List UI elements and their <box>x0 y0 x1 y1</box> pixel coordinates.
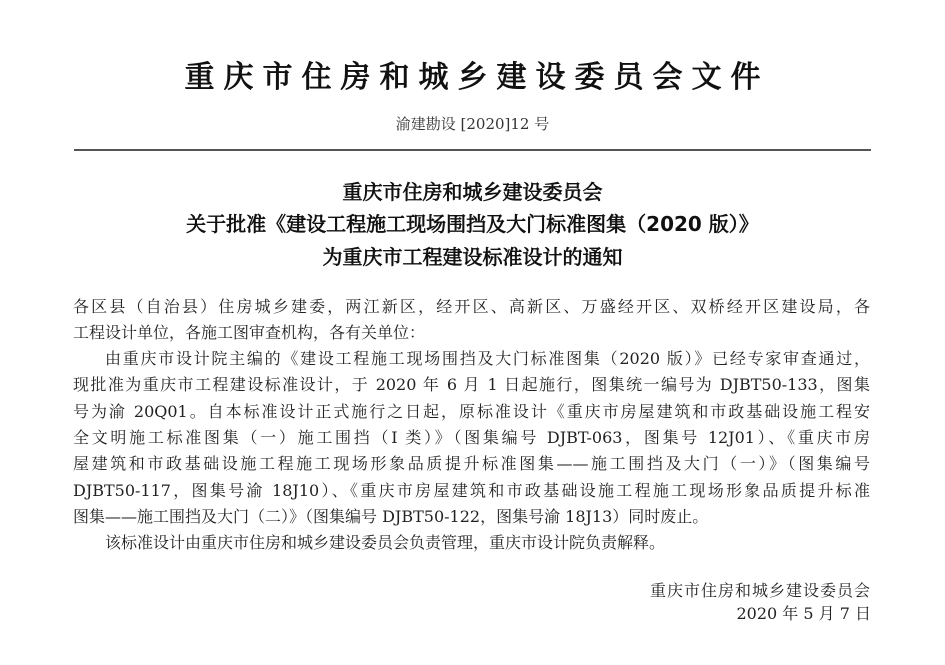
notice-title-line-2: 关于批准《建设工程施工现场围挡及大门标准图集（2020 版）》 <box>0 210 945 238</box>
body-line-addressees: 各区县（自治县）住房城乡建委，两江新区，经开区、高新区、万盛经开区、双桥经开区建… <box>73 296 870 318</box>
body-line: 图集——施工围挡及大门（二）》（图集编号 DJBT50-122，图集号渝 18J… <box>73 506 870 528</box>
body-line: 全文明施工标准图集（一）施工围挡（I 类）》（图集编号 DJBT-063，图集号… <box>73 427 870 449</box>
body-line-responsibility: 该标准设计由重庆市住房和城乡建设委员会负责管理，重庆市设计院负责解释。 <box>105 532 870 554</box>
body-line-addressees-cont: 工程设计单位，各施工图审查机构，各有关单位： <box>73 322 870 344</box>
body-line: 现批准为重庆市工程建设标准设计，于 2020 年 6 月 1 日起施行，图集统一… <box>73 374 870 396</box>
document-header-title: 重庆市住房和城乡建设委员会文件 <box>0 58 945 98</box>
notice-title-line-3: 为重庆市工程建设标准设计的通知 <box>0 243 945 271</box>
header-divider <box>74 149 871 151</box>
signature-organization: 重庆市住房和城乡建设委员会 <box>650 580 871 602</box>
body-line: 由重庆市设计院主编的《建设工程施工现场围挡及大门标准图集（2020 版）》已经专… <box>105 348 870 370</box>
document-number: 渝建勘设 [2020]12 号 <box>0 113 945 135</box>
notice-title-line-1: 重庆市住房和城乡建设委员会 <box>0 178 945 206</box>
signature-date: 2020 年 5 月 7 日 <box>736 603 871 625</box>
body-line: 屋建筑和市政基础设施工程施工现场形象品质提升标准图集——施工围挡及大门（一）》（… <box>73 453 870 475</box>
body-line: DJBT50-117，图集号渝 18J10）、《重庆市房屋建筑和市政基础设施工程… <box>73 480 870 502</box>
body-line: 号为渝 20Q01。自本标准设计正式施行之日起，原标准设计《重庆市房屋建筑和市政… <box>73 401 870 423</box>
